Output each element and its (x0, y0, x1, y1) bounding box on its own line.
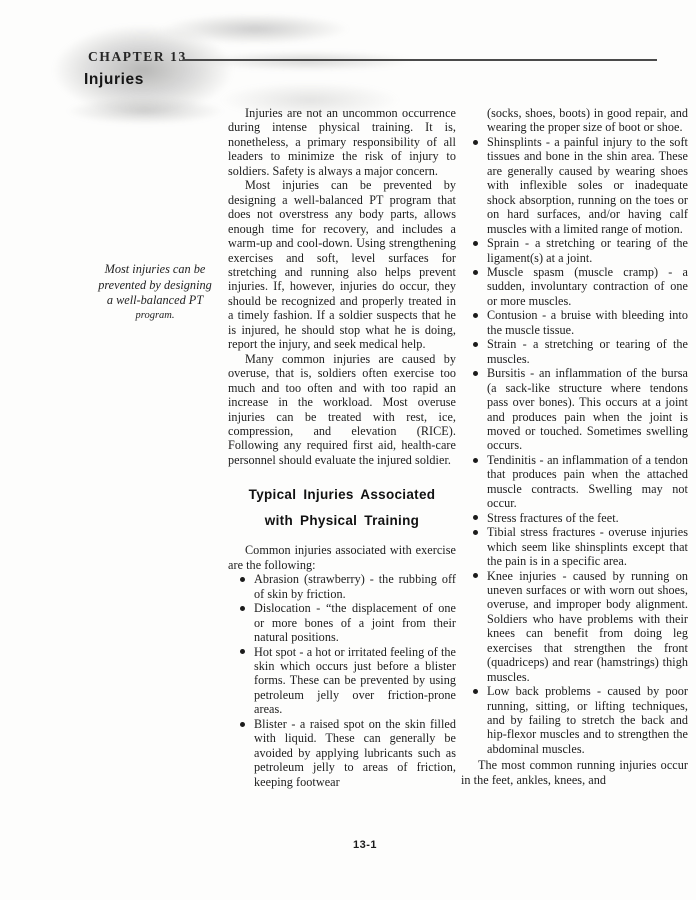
scan-smudge (48, 22, 238, 118)
bullet-icon (473, 371, 478, 376)
document-page: CHAPTER 13 Injuries Most injuries can be… (0, 0, 696, 900)
bullet-icon (473, 342, 478, 347)
margin-note-line: a well-balanced PT (68, 293, 242, 309)
list-item-text: Tibial stress fractures - overuse injuri… (487, 525, 688, 568)
list-item: Abrasion (strawberry) - the rubbing off … (228, 572, 456, 601)
list-item-text: Sprain - a stretching or tearing of the … (487, 236, 688, 265)
list-item: Sprain - a stretching or tearing of the … (461, 236, 688, 265)
list-item-text: Shinsplints - a painful injury to the so… (487, 135, 688, 236)
scan-smudge (190, 50, 425, 72)
list-item: Blister - a raised spot on the skin fill… (228, 717, 456, 789)
scan-smudge (58, 96, 233, 126)
section-heading: Typical Injuries Associated with Physica… (228, 482, 456, 534)
header-rule (183, 59, 657, 61)
section-heading-line: with Physical Training (228, 508, 456, 534)
bullet-icon (473, 313, 478, 318)
list-item: Stress fractures of the feet. (461, 511, 688, 525)
list-item-text: Tendinitis - an inflammation of a tendon… (487, 453, 688, 511)
list-item: Shinsplints - a painful injury to the so… (461, 135, 688, 236)
closing-paragraph: The most common running injuries occur i… (461, 758, 688, 787)
bullet-icon (240, 606, 245, 611)
list-item: Hot spot - a hot or irritated feeling of… (228, 645, 456, 717)
bullet-icon (240, 649, 245, 654)
margin-note-line: prevented by designing (68, 278, 242, 294)
list-item-text: Muscle spasm (muscle cramp) - a sudden, … (487, 265, 688, 308)
body-paragraph: Many common injuries are caused by overu… (228, 352, 456, 468)
section-heading-line: Typical Injuries Associated (228, 482, 456, 508)
bullet-icon (473, 573, 478, 578)
list-item: Dislocation - “the displacement of one o… (228, 601, 456, 644)
list-item: Bursitis - an inflammation of the bursa … (461, 366, 688, 453)
bullet-icon (473, 530, 478, 535)
left-column: Injuries are not an uncommon occurrence … (228, 106, 456, 789)
list-item-text: Stress fractures of the feet. (487, 511, 688, 525)
list-item: Low back problems - caused by poor runni… (461, 684, 688, 756)
bullet-icon (240, 577, 245, 582)
right-column: (socks, shoes, boots) in good repair, an… (461, 106, 688, 787)
margin-note: Most injuries can be prevented by design… (68, 262, 242, 322)
list-intro: Common injuries associated with exercise… (228, 543, 456, 572)
list-item: Muscle spasm (muscle cramp) - a sudden, … (461, 265, 688, 308)
list-item: Strain - a stretching or tearing of the … (461, 337, 688, 366)
list-item-text: Strain - a stretching or tearing of the … (487, 337, 688, 366)
list-item-text: Blister - a raised spot on the skin fill… (254, 717, 456, 789)
bullet-icon (240, 722, 245, 727)
continuation-paragraph: (socks, shoes, boots) in good repair, an… (487, 106, 688, 135)
margin-note-line: program. (68, 309, 242, 322)
bullet-icon (473, 515, 478, 520)
bullet-icon (473, 458, 478, 463)
list-item: Tendinitis - an inflammation of a tendon… (461, 453, 688, 511)
list-item: Knee injuries - caused by running on une… (461, 569, 688, 685)
bullet-icon (473, 241, 478, 246)
list-item-text: Bursitis - an inflammation of the bursa … (487, 366, 688, 453)
bullet-icon (473, 140, 478, 145)
bullet-icon (473, 689, 478, 694)
page-title: Injuries (84, 71, 144, 89)
list-item-text: Contusion - a bruise with bleeding into … (487, 308, 688, 337)
list-item-text: Abrasion (strawberry) - the rubbing off … (254, 572, 456, 601)
body-paragraph: Injuries are not an uncommon occurrence … (228, 106, 456, 178)
scan-smudge (150, 12, 360, 46)
list-item: Tibial stress fractures - overuse injuri… (461, 525, 688, 568)
list-item-text: Low back problems - caused by poor runni… (487, 684, 688, 756)
list-item: Contusion - a bruise with bleeding into … (461, 308, 688, 337)
page-number: 13-1 (0, 839, 696, 851)
list-item-text: Hot spot - a hot or irritated feeling of… (254, 645, 456, 717)
body-paragraph: Most injuries can be prevented by design… (228, 178, 456, 351)
list-item-text: Knee injuries - caused by running on une… (487, 569, 688, 685)
bullet-icon (473, 270, 478, 275)
list-item-text: Dislocation - “the displacement of one o… (254, 601, 456, 644)
chapter-label: CHAPTER 13 (88, 49, 187, 65)
margin-note-line: Most injuries can be (68, 262, 242, 278)
